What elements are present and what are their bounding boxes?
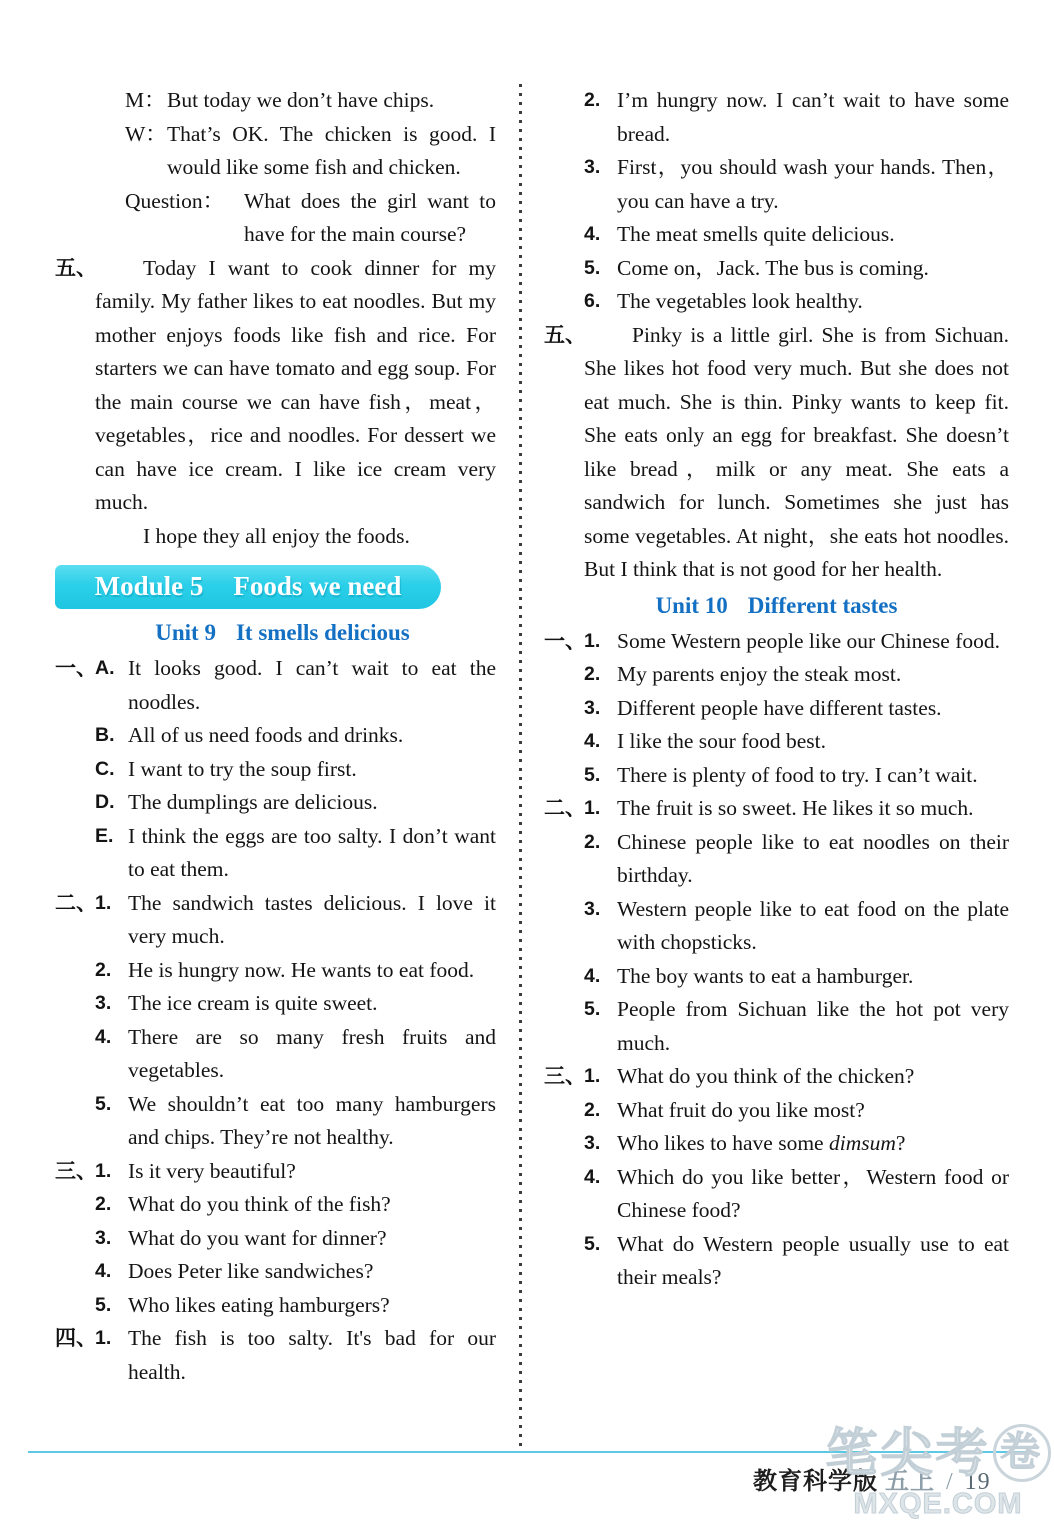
section-marker: 五、 [544,319,584,587]
item-text: My parents enjoy the steak most. [617,658,1009,692]
section-marker [55,820,95,887]
item-label: 6. [584,285,617,319]
item-label: 1. [584,625,617,659]
item-text: It looks good. I can’t wait to eat the n… [128,652,510,719]
section-marker [55,1021,95,1088]
item-text: The fruit is so sweet. He likes it so mu… [617,792,1009,826]
item-text: Does Peter like sandwiches? [128,1255,510,1289]
item-text: Is it very beautiful? [128,1155,510,1189]
unit-title: Different tastes [748,587,898,625]
item-text: What do you think of the fish? [128,1188,510,1222]
section-five-left: 五、 Today I want to cook dinner for my fa… [55,252,510,554]
section-marker [544,960,584,994]
item-label: D. [95,786,128,820]
item-label: 2. [584,826,617,893]
item-text: What do you think of the chicken? [617,1060,1009,1094]
module-title: Foods we need [233,570,401,604]
item-label: 4. [584,218,617,252]
list-item: 二、 1. The fruit is so sweet. He likes it… [544,792,1009,826]
dialogue-line: W： That’s OK. The chicken is good. I wou… [125,118,510,185]
section-marker: 三、 [55,1155,95,1189]
item-label: 4. [95,1255,128,1289]
item-label: 4. [95,1021,128,1088]
question-label: Question： [125,185,244,252]
item-label: 4. [584,725,617,759]
item-text: The dumplings are delicious. [128,786,510,820]
list-item: 四、 1. The fish is too salty. It's bad fo… [55,1322,510,1389]
section-marker [544,151,584,218]
list-item: 3. Different people have different taste… [544,692,1009,726]
item-label: 2. [584,658,617,692]
section-marker [544,993,584,1060]
column-divider-dotted-line [519,84,522,1446]
item-label: 2. [584,1094,617,1128]
section-marker [544,252,584,286]
item-text: The meat smells quite delicious. [617,218,1009,252]
section-marker [544,285,584,319]
item-text: People from Sichuan like the hot pot ver… [617,993,1009,1060]
item-label: 5. [584,759,617,793]
section-marker: 二、 [544,792,584,826]
section-marker [544,759,584,793]
essay-paragraph: Today I want to cook dinner for my famil… [95,252,496,520]
item-label: 3. [584,692,617,726]
section-marker [544,1161,584,1228]
item-text: There are so many fresh fruits and veget… [128,1021,510,1088]
unit-number: Unit 9 [155,614,216,652]
list-item: 5. There is plenty of food to try. I can… [544,759,1009,793]
item-text: Different people have different tastes. [617,692,1009,726]
item-text: I want to try the soup first. [128,753,510,787]
item-label: 2. [584,84,617,151]
list-item: 2. What do you think of the fish? [55,1188,510,1222]
item-label: A. [95,652,128,719]
item-text: I think the eggs are too salty. I don’t … [128,820,510,887]
section-marker: 三、 [544,1060,584,1094]
section-marker [544,658,584,692]
list-item: 4. The meat smells quite delicious. [544,218,1009,252]
item-label: 5. [584,1228,617,1295]
item-label: 2. [95,954,128,988]
section-marker [55,719,95,753]
publisher-label: 教育科学版 [753,1469,878,1495]
section-marker [544,826,584,893]
list-item: 二、 1. The sandwich tastes delicious. I l… [55,887,510,954]
item-text: First，you should wash your hands. Then，y… [617,151,1009,218]
item-label: 4. [584,1161,617,1228]
page-number: 19 [965,1469,991,1495]
item-label: 1. [95,1322,128,1389]
list-item: 5. Who likes eating hamburgers? [55,1289,510,1323]
section-five-right: 五、 Pinky is a little girl. She is from S… [544,319,1009,587]
item-label: E. [95,820,128,887]
italic-term: dimsum [829,1131,896,1155]
item-label: 5. [584,252,617,286]
essay-paragraph: Pinky is a little girl. She is from Sich… [584,319,1009,587]
list-item: 5. People from Sichuan like the hot pot … [544,993,1009,1060]
dialogue-line: M： But today we don’t have chips. [125,84,510,118]
list-item: 5. Come on，Jack. The bus is coming. [544,252,1009,286]
list-item: E. I think the eggs are too salty. I don… [55,820,510,887]
item-text: Some Western people like our Chinese foo… [617,625,1009,659]
item-text: I like the sour food best. [617,725,1009,759]
item-label: 3. [95,987,128,1021]
dialogue-text: That’s OK. The chicken is good. I would … [167,118,510,185]
item-label: B. [95,719,128,753]
section-marker [55,1255,95,1289]
item-text: He is hungry now. He wants to eat food. [128,954,510,988]
item-label: 3. [584,893,617,960]
essay-paragraph: I hope they all enjoy the foods. [95,520,496,554]
section-marker [55,954,95,988]
item-text: The fish is too salty. It's bad for our … [128,1322,510,1389]
section-marker: 四、 [55,1322,95,1389]
essay-body: Today I want to cook dinner for my famil… [95,252,510,554]
section-marker [544,218,584,252]
item-text: The vegetables look healthy. [617,285,1009,319]
speaker-label: W： [125,118,167,185]
list-item: 三、 1. Is it very beautiful? [55,1155,510,1189]
volume-label: 五上 [885,1469,935,1495]
question-text: What does the girl want to have for the … [244,185,510,252]
list-item: 3. What do you want for dinner? [55,1222,510,1256]
item-label: 1. [584,1060,617,1094]
item-text: The ice cream is quite sweet. [128,987,510,1021]
list-item: 4. Which do you like better，Western food… [544,1161,1009,1228]
item-text-part: ? [896,1131,906,1155]
section-marker [55,1188,95,1222]
item-label: 2. [95,1188,128,1222]
list-item: C. I want to try the soup first. [55,753,510,787]
list-item: 2. Chinese people like to eat noodles on… [544,826,1009,893]
item-label: C. [95,753,128,787]
section-marker: 二、 [55,887,95,954]
list-item: 三、 1. What do you think of the chicken? [544,1060,1009,1094]
item-label: 5. [95,1088,128,1155]
item-text: What fruit do you like most? [617,1094,1009,1128]
item-text: Chinese people like to eat noodles on th… [617,826,1009,893]
speaker-label: M： [125,84,167,118]
section-marker [544,1228,584,1295]
section-marker [55,753,95,787]
section-marker [55,987,95,1021]
section-marker [544,893,584,960]
section-marker [544,84,584,151]
list-item: B. All of us need foods and drinks. [55,719,510,753]
item-label: 3. [584,1127,617,1161]
listening-dialogue-block: M： But today we don’t have chips. W： Tha… [125,84,510,252]
list-item: 3. Western people like to eat food on th… [544,893,1009,960]
list-item: 4. The boy wants to eat a hamburger. [544,960,1009,994]
module-banner: Module 5 Foods we need [55,565,441,609]
item-text: The sandwich tastes delicious. I love it… [128,887,510,954]
right-column: 2. I’m hungry now. I can’t wait to have … [544,84,1009,1446]
item-text: Which do you like better，Western food or… [617,1161,1009,1228]
list-item: 5. We shouldn’t eat too many hamburgers … [55,1088,510,1155]
item-text: There is plenty of food to try. I can’t … [617,759,1009,793]
dialogue-text: But today we don’t have chips. [167,84,510,118]
item-text: Come on，Jack. The bus is coming. [617,252,1009,286]
item-text: The boy wants to eat a hamburger. [617,960,1009,994]
item-text: What do Western people usually use to ea… [617,1228,1009,1295]
footer-divider-line [28,1451,1026,1453]
item-label: 1. [95,1155,128,1189]
list-item: 4. Does Peter like sandwiches? [55,1255,510,1289]
two-column-layout: M： But today we don’t have chips. W： Tha… [55,84,1009,1446]
item-label: 4. [584,960,617,994]
item-text-part: Who likes to have some [617,1131,829,1155]
item-text: All of us need foods and drinks. [128,719,510,753]
list-item: D. The dumplings are delicious. [55,786,510,820]
page-footer: 教育科学版 五上 / 19 [753,1461,991,1496]
item-text: What do you want for dinner? [128,1222,510,1256]
section-marker [55,1088,95,1155]
unit-title: It smells delicious [236,614,410,652]
item-label: 5. [95,1289,128,1323]
essay-body: Pinky is a little girl. She is from Sich… [584,319,1009,587]
unit-number: Unit 10 [656,587,728,625]
item-text: We shouldn’t eat too many hamburgers and… [128,1088,510,1155]
section-marker [55,786,95,820]
section-marker [544,725,584,759]
item-label: 1. [95,887,128,954]
list-item: 3. Who likes to have some dimsum? [544,1127,1009,1161]
item-label: 3. [95,1222,128,1256]
list-item: 2. I’m hungry now. I can’t wait to have … [544,84,1009,151]
item-text: I’m hungry now. I can’t wait to have som… [617,84,1009,151]
item-text: Western people like to eat food on the p… [617,893,1009,960]
item-label: 5. [584,993,617,1060]
section-marker: 一、 [55,652,95,719]
item-label: 3. [584,151,617,218]
unit10-header: Unit 10 Different tastes [544,587,1009,625]
list-item: 3. First，you should wash your hands. The… [544,151,1009,218]
item-text: Who likes to have some dimsum? [617,1127,1009,1161]
item-label: 1. [584,792,617,826]
left-column: M： But today we don’t have chips. W： Tha… [55,84,510,1446]
scanned-book-page: M： But today we don’t have chips. W： Tha… [0,0,1054,1536]
section-marker [544,1094,584,1128]
footer-separator: / [942,1469,958,1495]
item-text: Who likes eating hamburgers? [128,1289,510,1323]
list-item: 3. The ice cream is quite sweet. [55,987,510,1021]
list-item: 2. What fruit do you like most? [544,1094,1009,1128]
list-item: 一、 1. Some Western people like our Chine… [544,625,1009,659]
section-marker [544,692,584,726]
section-marker: 一、 [544,625,584,659]
list-item: 5. What do Western people usually use to… [544,1228,1009,1295]
module-number: Module 5 [95,570,204,604]
list-item: 2. He is hungry now. He wants to eat foo… [55,954,510,988]
list-item: 6. The vegetables look healthy. [544,285,1009,319]
dialogue-question-line: Question： What does the girl want to hav… [125,185,510,252]
list-item: 4. There are so many fresh fruits and ve… [55,1021,510,1088]
list-item: 一、 A. It looks good. I can’t wait to eat… [55,652,510,719]
list-item: 2. My parents enjoy the steak most. [544,658,1009,692]
section-marker [55,1222,95,1256]
section-marker [544,1127,584,1161]
unit9-header: Unit 9 It smells delicious [55,614,510,652]
section-marker: 五、 [55,252,95,554]
section-marker [55,1289,95,1323]
list-item: 4. I like the sour food best. [544,725,1009,759]
